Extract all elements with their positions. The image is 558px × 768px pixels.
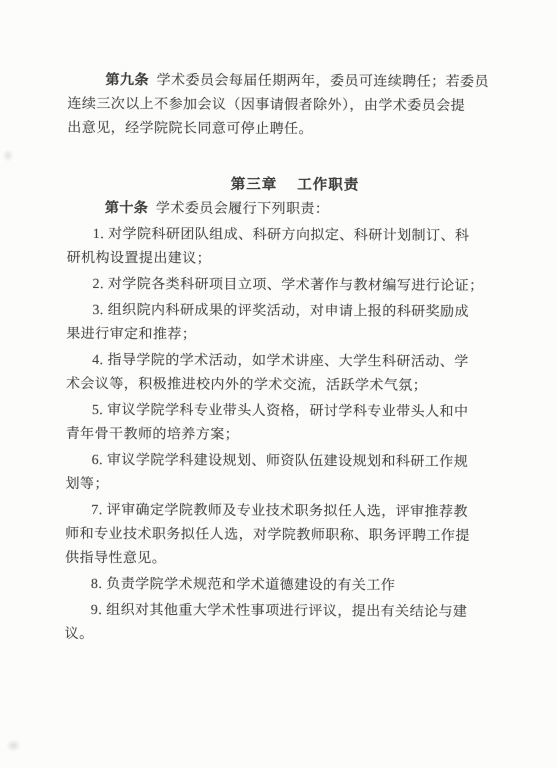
line-text: 7. 评审确定学院教师及专业技术职务拟任人选，评审推荐教 — [91, 503, 468, 520]
line-text: 青年骨干教师的培养方案； — [66, 427, 239, 443]
text-line: 师和专业技术职务拟任人选，对学院教师职称、职务评聘工作提 — [65, 523, 489, 549]
text-line: 2. 对学院各类科研项目立项、学术著作与教材编写进行论证； — [66, 273, 490, 299]
text-line: 5. 审议学院学科专业带头人资格，研讨学科专业带头人和中 — [66, 399, 490, 425]
text-line: 连续三次以上不参加会议（因事请假者除外），由学术委员会提 — [67, 93, 491, 119]
line-text: 术会议等，积极推进校内外的学术交流，活跃学术气氛； — [66, 377, 427, 394]
text-line: 划等； — [65, 473, 489, 499]
line-text: 学术委员会每届任期两年，委员可连续聘任；若委员 — [157, 73, 489, 90]
text-line: 1. 对学院科研团队组成、科研方向拟定、科研计划制订、科 — [67, 223, 491, 249]
text-line: 术会议等，积极推进校内外的学术交流，活跃学术气氛； — [66, 373, 490, 399]
chapter-number: 第三章 — [231, 177, 278, 193]
line-text: 8. 负责学院学术规范和学术道德建设的有关工作 — [91, 577, 395, 594]
line-text: 供指导性意见。 — [65, 551, 166, 567]
chapter-title: 工作职责 — [297, 177, 359, 193]
text-line: 9. 组织对其他重大学术性事项进行评议，提出有关结论与建 — [65, 599, 489, 625]
text-line: 出意见，经学院院长同意可停止聘任。 — [67, 117, 491, 143]
text-line: 青年骨干教师的培养方案； — [66, 423, 490, 449]
line-text: 6. 审议学院学科建设规划、师资队伍建设规划和科研工作规 — [92, 453, 469, 470]
text-line: 3. 组织院内科研成果的评奖活动，对申请上报的科研奖励成 — [66, 299, 490, 325]
page: 第九条学术委员会每届任期两年，委员可连续聘任；若委员连续三次以上不参加会议（因事… — [0, 0, 558, 768]
document-body: 第九条学术委员会每届任期两年，委员可连续聘任；若委员连续三次以上不参加会议（因事… — [0, 0, 558, 649]
line-text: 4. 指导学院的学术活动，如学术讲座、大学生科研活动、学 — [92, 353, 469, 370]
line-text: 议。 — [65, 627, 94, 642]
article-label: 第九条 — [106, 73, 149, 88]
line-text: 9. 组织对其他重大学术性事项进行评议，提出有关结论与建 — [91, 603, 468, 620]
line-text: 研机构设置提出建议； — [67, 251, 212, 267]
line-text: 果进行审定和推荐； — [66, 327, 196, 343]
text-line: 6. 审议学院学科建设规划、师资队伍建设规划和科研工作规 — [66, 449, 490, 475]
text-line: 果进行审定和推荐； — [66, 323, 490, 349]
line-text: 2. 对学院各类科研项目立项、学术著作与教材编写进行论证； — [92, 277, 483, 294]
article-label: 第十条 — [105, 201, 148, 216]
line-text: 3. 组织院内科研成果的评奖活动，对申请上报的科研奖励成 — [92, 303, 469, 320]
text-line: 研机构设置提出建议； — [67, 247, 491, 273]
line-text: 连续三次以上不参加会议（因事请假者除外），由学术委员会提 — [67, 97, 465, 114]
text-line: 7. 评审确定学院教师及专业技术职务拟任人选，评审推荐教 — [65, 499, 489, 525]
text-line: 议。 — [65, 623, 489, 649]
chapter-heading: 第三章工作职责 — [83, 172, 507, 198]
text-line: 第十条学术委员会履行下列职责： — [67, 197, 491, 223]
line-text: 出意见，经学院院长同意可停止聘任。 — [67, 121, 313, 137]
text-line: 供指导性意见。 — [65, 547, 489, 573]
line-text: 1. 对学院科研团队组成、科研方向拟定、科研计划制订、科 — [93, 227, 470, 244]
line-text: 学术委员会履行下列职责： — [156, 201, 329, 217]
line-text: 师和专业技术职务拟任人选，对学院教师职称、职务评聘工作提 — [65, 527, 470, 544]
scan-smudge-bottom — [6, 739, 21, 752]
line-text: 5. 审议学院学科专业带头人资格，研讨学科专业带头人和中 — [92, 403, 469, 420]
text-line: 4. 指导学院的学术活动，如学术讲座、大学生科研活动、学 — [66, 349, 490, 375]
line-text: 划等； — [65, 477, 108, 492]
text-line: 8. 负责学院学术规范和学术道德建设的有关工作 — [65, 573, 489, 599]
text-line: 第九条学术委员会每届任期两年，委员可连续聘任；若委员 — [68, 69, 492, 95]
